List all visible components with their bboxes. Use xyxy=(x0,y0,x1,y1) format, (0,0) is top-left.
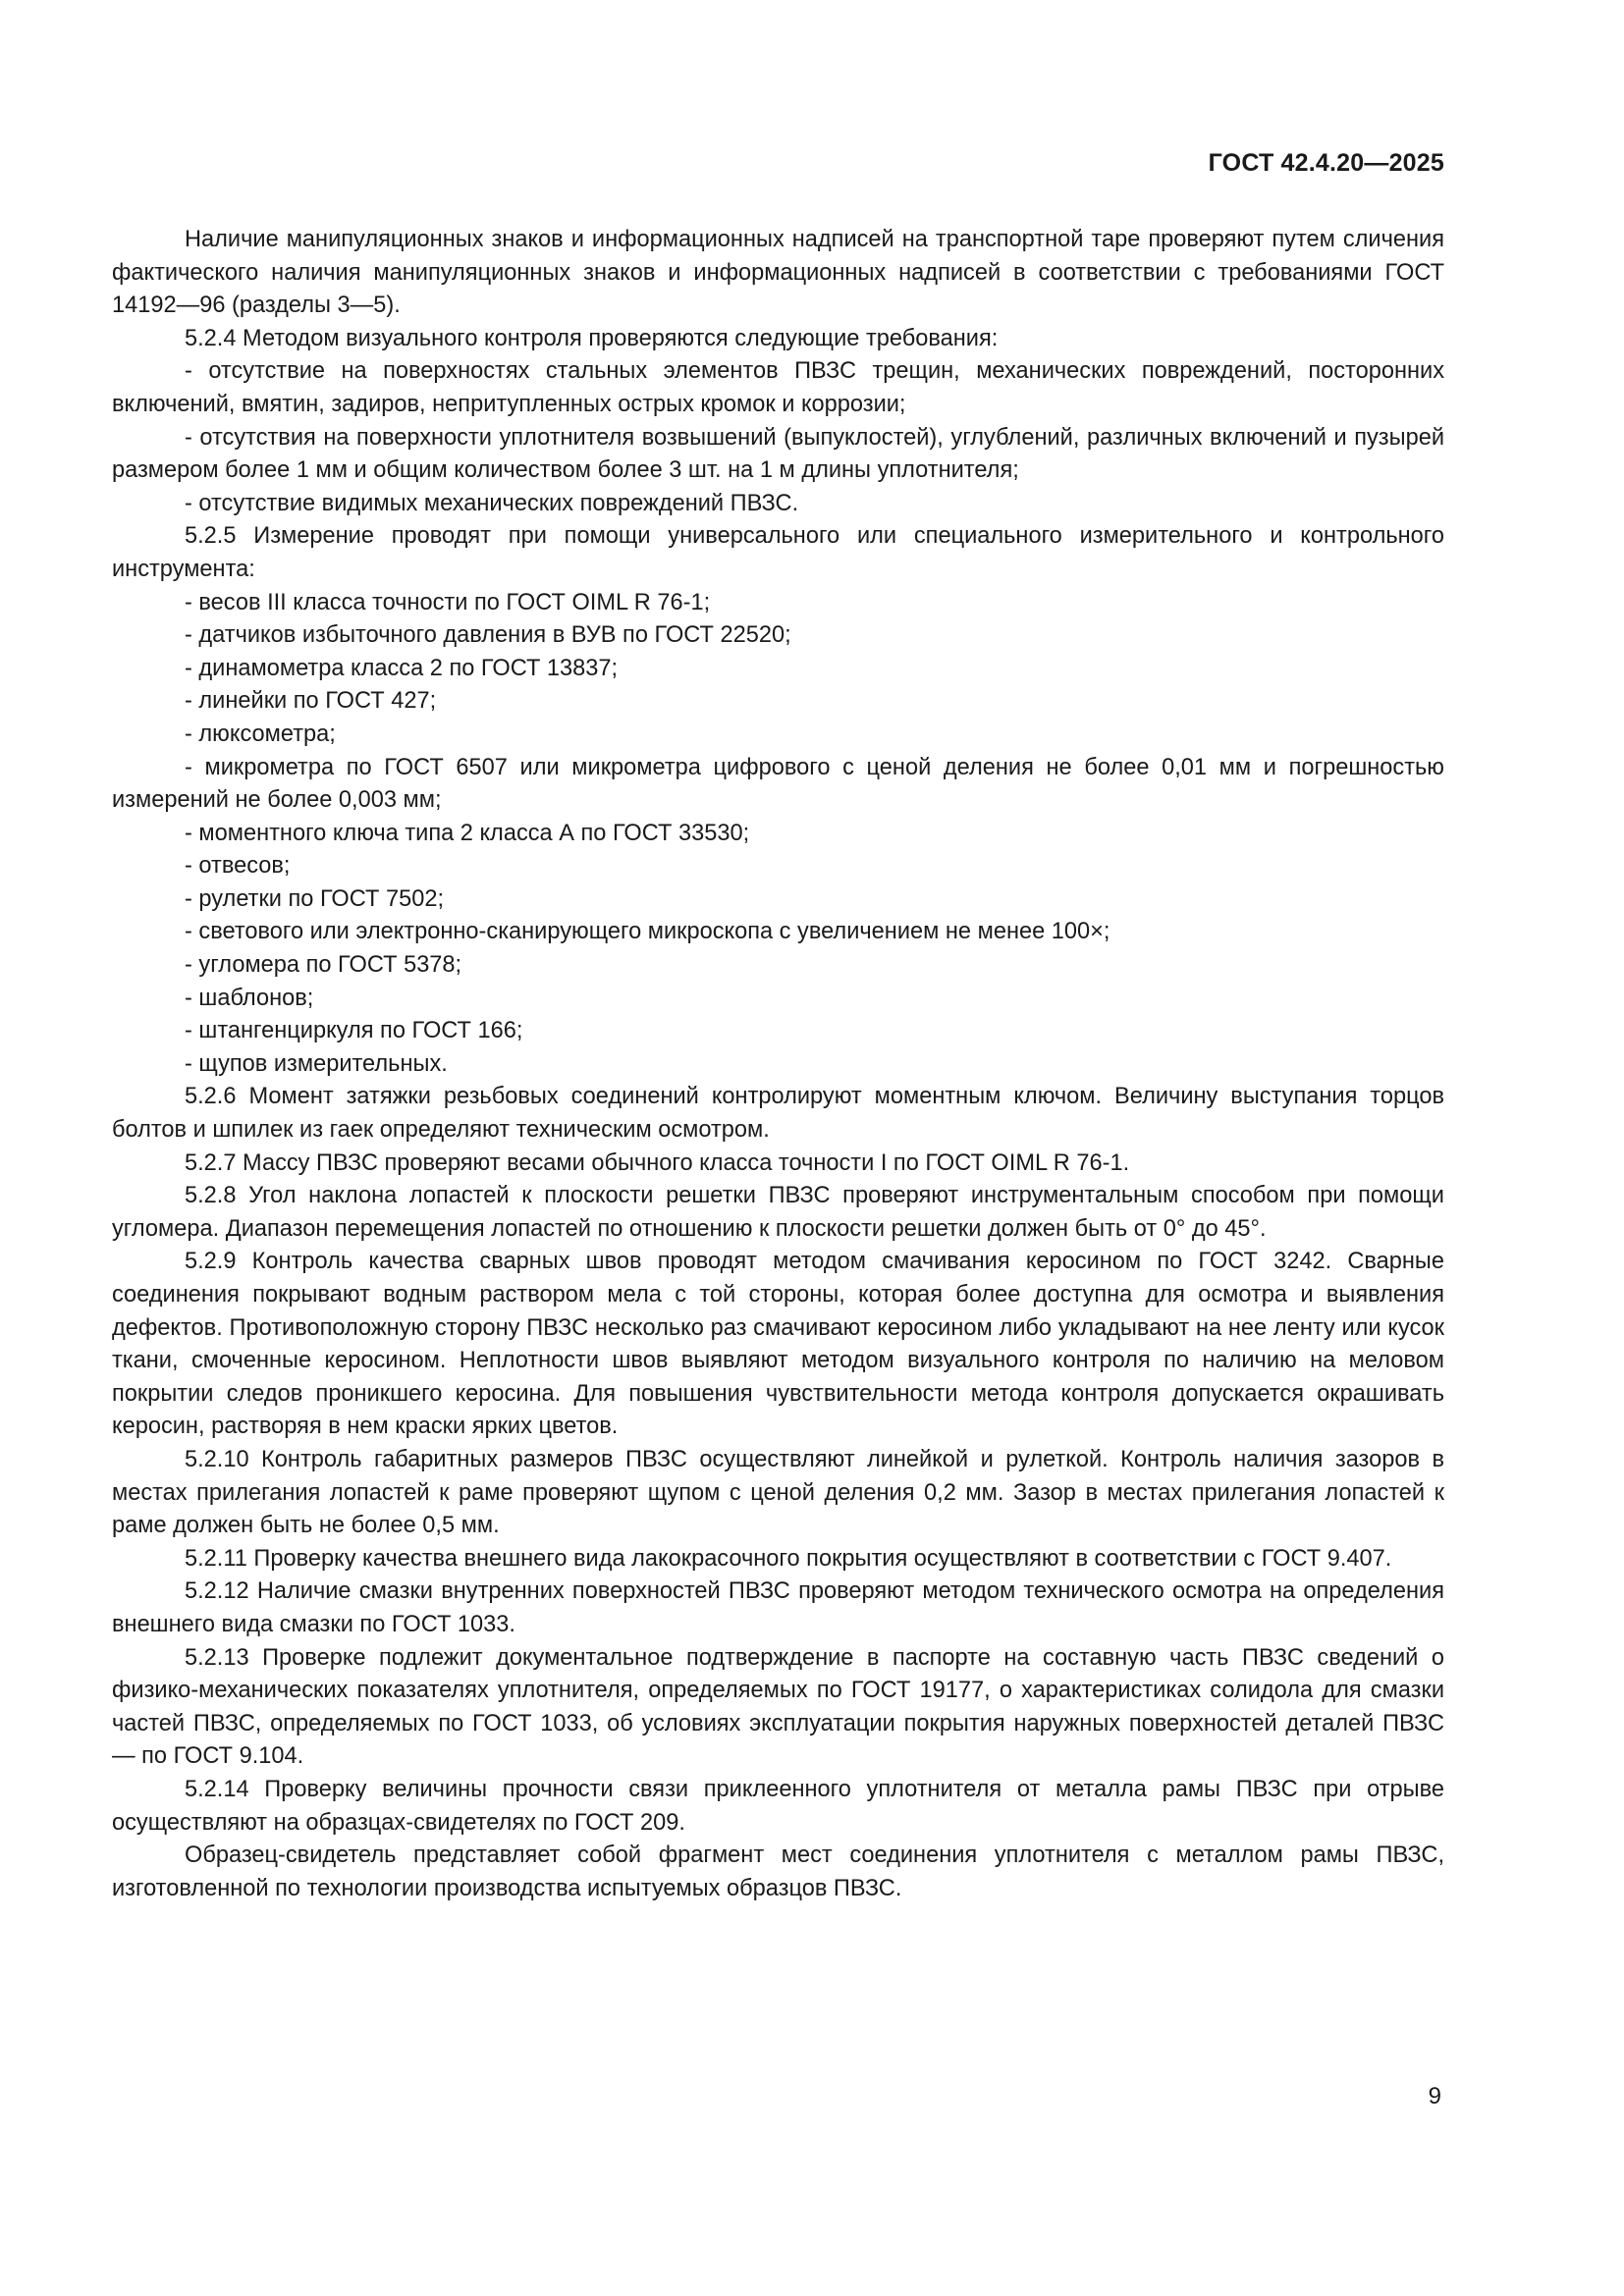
document-body: Наличие манипуляционных знаков и информа… xyxy=(112,224,1444,1905)
paragraph: 5.2.8 Угол наклона лопастей к плоскости … xyxy=(112,1180,1444,1246)
paragraph: 5.2.5 Измерение проводят при помощи унив… xyxy=(112,520,1444,586)
list-item: - рулетки по ГОСТ 7502; xyxy=(112,883,1444,917)
document-header: ГОСТ 42.4.20—2025 xyxy=(1209,149,1444,178)
page-number: 9 xyxy=(1429,2083,1441,2110)
paragraph: 5.2.6 Момент затяжки резьбовых соединени… xyxy=(112,1081,1444,1147)
list-item: - датчиков избыточного давления в ВУВ по… xyxy=(112,619,1444,653)
paragraph: 5.2.14 Проверку величины прочности связи… xyxy=(112,1774,1444,1840)
document-page: ГОСТ 42.4.20—2025 Наличие манипуляционны… xyxy=(0,0,1624,2296)
paragraph: 5.2.9 Контроль качества сварных швов про… xyxy=(112,1246,1444,1444)
list-item: - линейки по ГОСТ 427; xyxy=(112,685,1444,719)
list-item: - щупов измерительных. xyxy=(112,1048,1444,1082)
paragraph: 5.2.7 Массу ПВЗС проверяют весами обычно… xyxy=(112,1148,1444,1181)
paragraph: 5.2.11 Проверку качества внешнего вида л… xyxy=(112,1543,1444,1576)
paragraph: 5.2.10 Контроль габаритных размеров ПВЗС… xyxy=(112,1444,1444,1543)
list-item: - моментного ключа типа 2 класса А по ГО… xyxy=(112,818,1444,851)
list-item: - отсутствие на поверхностях стальных эл… xyxy=(112,355,1444,421)
list-item: - шаблонов; xyxy=(112,983,1444,1016)
list-item: - угломера по ГОСТ 5378; xyxy=(112,949,1444,983)
paragraph: 5.2.4 Методом визуального контроля прове… xyxy=(112,323,1444,356)
paragraph: Образец-свидетель представляет собой фра… xyxy=(112,1840,1444,1905)
paragraph: Наличие манипуляционных знаков и информа… xyxy=(112,224,1444,323)
list-item: - динамометра класса 2 по ГОСТ 13837; xyxy=(112,653,1444,686)
list-item: - светового или электронно-сканирующего … xyxy=(112,916,1444,949)
paragraph: 5.2.12 Наличие смазки внутренних поверхн… xyxy=(112,1575,1444,1641)
list-item: - микрометра по ГОСТ 6507 или микрометра… xyxy=(112,752,1444,818)
list-item: - люксометра; xyxy=(112,719,1444,752)
list-item: - отвесов; xyxy=(112,850,1444,883)
paragraph: 5.2.13 Проверке подлежит документальное … xyxy=(112,1642,1444,1774)
list-item: - отсутствие видимых механических повреж… xyxy=(112,488,1444,521)
list-item: - отсутствия на поверхности уплотнителя … xyxy=(112,422,1444,488)
list-item: - весов III класса точности по ГОСТ OIML… xyxy=(112,587,1444,620)
list-item: - штангенциркуля по ГОСТ 166; xyxy=(112,1015,1444,1048)
